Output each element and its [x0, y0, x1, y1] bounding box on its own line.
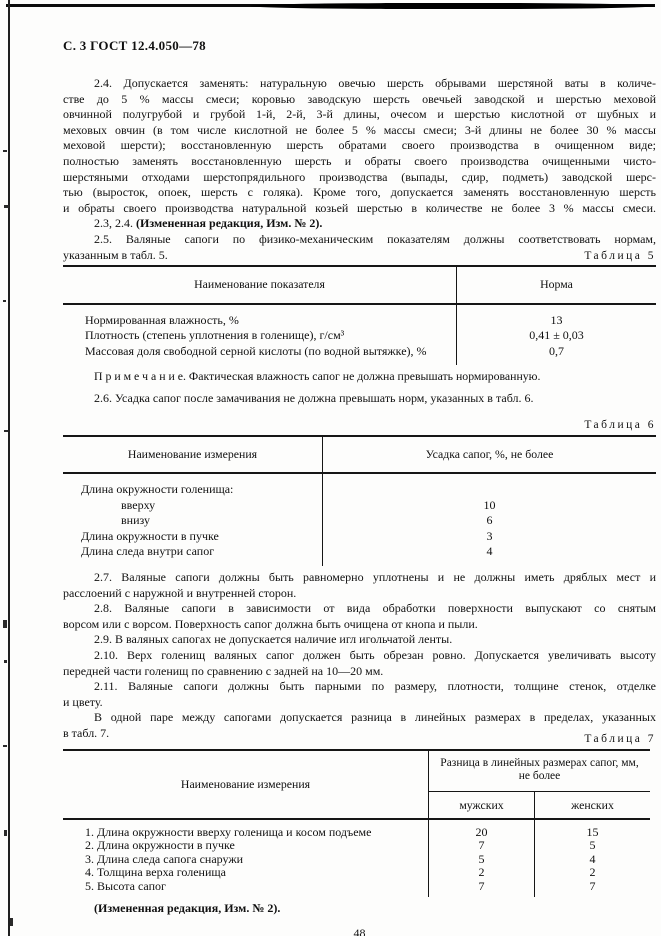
scan-speck: [3, 150, 7, 152]
text-line: овчинной полугрубой и грубой 1-й, 2-й, 3…: [63, 107, 656, 123]
measurement-name: Длина окружности в пучке: [63, 529, 323, 545]
value-women: 15: [535, 820, 650, 840]
text-line: меховой шерсти); восстановленную шерсть …: [63, 138, 656, 154]
text-line: полностью заменять восстановленную шерст…: [63, 154, 656, 170]
text-line: шерстяными отходами шерстопрядильного пр…: [63, 170, 656, 186]
table-row: Нормированная влажность, % 13: [63, 305, 656, 329]
scan-speck: [4, 205, 9, 208]
table-6-header-row: Наименование измерения Усадка сапог, %, …: [63, 437, 656, 475]
paragraph-2-7: 2.7. Валяные сапоги должны быть равномер…: [63, 570, 656, 601]
subheader-men: мужских: [429, 792, 535, 818]
text-line: передней части голенищ по сравнению с за…: [63, 664, 656, 680]
measurement-name: внизу: [63, 513, 323, 529]
table-row: 5. Высота сапог 7 7: [63, 880, 650, 898]
value-women: 5: [535, 839, 650, 853]
value-men: 20: [429, 820, 535, 840]
value-women: 2: [535, 866, 650, 880]
text-line: 2.5. Валяные сапоги по физико-механическ…: [63, 232, 656, 248]
table-6: Наименование измерения Усадка сапог, %, …: [63, 435, 656, 566]
paragraph-2-5: 2.5. Валяные сапоги по физико-механическ…: [63, 232, 656, 264]
indicator-name: Массовая доля свободной серной кислоты (…: [63, 344, 457, 366]
amendment-prefix: 2.3, 2.4.: [94, 216, 136, 230]
text-line: 2.10. Верх голенищ валяных сапог должен …: [63, 648, 656, 664]
value-women: 7: [535, 880, 650, 898]
table-6-body: Длина окружности голенища: вверху 10 вни…: [63, 474, 656, 566]
column-header-measurement: Наименование измерения: [63, 437, 323, 473]
table-7-body: 1. Длина окружности вверху голенища и ко…: [63, 820, 650, 898]
text-line: 2.4. Допускается заменять: натуральную о…: [63, 76, 656, 92]
text-line: указанным в табл. 5.: [63, 248, 168, 264]
document-page: С. 3 ГОСТ 12.4.050—78 2.4. Допускается з…: [0, 0, 661, 936]
column-header-name: Наименование показателя: [63, 267, 457, 303]
indicator-name: Плотность (степень уплотнения в голенище…: [63, 328, 457, 344]
scan-speck: [3, 620, 7, 628]
scan-speck: [3, 300, 6, 302]
table-7-header-group: Разница в линейных размерах сапог, мм, н…: [429, 751, 650, 818]
table-row: вверху 10: [63, 498, 656, 514]
table-5-note: П р и м е ч а н и е. Фактическая влажнос…: [63, 369, 656, 385]
page-number: 48: [63, 926, 656, 936]
text-line: ворсом или с ворсом. Поверхность сапог д…: [63, 617, 656, 633]
amendment-note-2-3-2-4: 2.3, 2.4. (Измененная редакция, Изм. № 2…: [63, 216, 656, 232]
table-5-caption: Таблица 5: [584, 249, 656, 265]
measurement-value: 6: [323, 513, 656, 529]
column-header-measurement: Наименование измерения: [63, 751, 429, 818]
table-row: Длина следа внутри сапог 4: [63, 544, 656, 566]
text-line: 2.11. Валяные сапоги должны быть парными…: [63, 679, 656, 695]
page-header: С. 3 ГОСТ 12.4.050—78: [63, 38, 656, 54]
indicator-value: 0,41 ± 0,03: [457, 328, 656, 344]
paragraph-2-10: 2.10. Верх голенищ валяных сапог должен …: [63, 648, 656, 679]
scan-speck: [4, 830, 7, 836]
measurement-value: 4: [323, 544, 656, 566]
table-row: Длина окружности голенища:: [63, 474, 656, 498]
amendment-note-final: (Измененная редакция, Изм. № 2).: [63, 901, 656, 917]
measurement-name: Длина следа внутри сапог: [63, 544, 323, 566]
measurement-name: Длина окружности голенища:: [63, 474, 323, 498]
amendment-bold-text: (Измененная редакция, Изм. № 2).: [136, 216, 322, 230]
text-line: и цвету.: [63, 695, 656, 711]
table-row: Плотность (степень уплотнения в голенище…: [63, 328, 656, 344]
table-7-subheaders: мужских женских: [429, 792, 650, 818]
measurement-name: вверху: [63, 498, 323, 514]
measurement-value: 3: [323, 529, 656, 545]
text-line: меховых овчин (в том числе кислотной не …: [63, 123, 656, 139]
table-5-body: Нормированная влажность, % 13 Плотность …: [63, 305, 656, 366]
table-5: Наименование показателя Норма Нормирован…: [63, 265, 656, 365]
subheader-women: женских: [535, 792, 650, 818]
indicator-value: 13: [457, 305, 656, 329]
value-men: 5: [429, 853, 535, 867]
note-label: П р и м е ч а н и е.: [94, 369, 186, 383]
group-header-difference: Разница в линейных размерах сапог, мм, н…: [429, 751, 650, 792]
measurement-name: 5. Высота сапог: [63, 880, 429, 898]
table-row: 3. Длина следа сапога снаружи 5 4: [63, 853, 650, 867]
table-6-caption: Таблица 6: [584, 419, 656, 431]
scan-speck: [4, 430, 8, 432]
column-header-shrinkage: Усадка сапог, %, не более: [323, 437, 656, 473]
value-men: 2: [429, 866, 535, 880]
table-7-header: Наименование измерения Разница в линейны…: [63, 751, 650, 820]
measurement-name: 1. Длина окружности вверху голенища и ко…: [63, 820, 429, 840]
paragraph-2-11: 2.11. Валяные сапоги должны быть парными…: [63, 679, 656, 710]
table-row: 2. Длина окружности в пучке 7 5: [63, 839, 650, 853]
measurement-value: [323, 474, 656, 498]
text-line-with-caption: указанным в табл. 5. Таблица 5: [63, 248, 656, 265]
paragraph-2-6: 2.6. Усадка сапог после замачивания не д…: [63, 391, 656, 407]
table-7-caption: Таблица 7: [584, 733, 656, 745]
table-6-caption-line: Таблица 6: [63, 415, 656, 433]
table-7: Наименование измерения Разница в линейны…: [63, 749, 650, 898]
text-line: 2.7. Валяные сапоги должны быть равномер…: [63, 570, 656, 586]
value-men: 7: [429, 880, 535, 898]
text-line: стве до 5 % массы смеси; коровью заводск…: [63, 92, 656, 108]
text-line: расслоений с наружной и внутренней сторо…: [63, 586, 656, 602]
scan-speck: [4, 660, 7, 663]
table-7-caption-line: Таблица 7: [63, 729, 656, 747]
table-row: 1. Длина окружности вверху голенища и ко…: [63, 820, 650, 840]
measurement-value: 10: [323, 498, 656, 514]
table-row: 4. Толщина верха голенища 2 2: [63, 866, 650, 880]
measurement-name: 4. Толщина верха голенища: [63, 866, 429, 880]
text-line: тью (выросток, опоек, шерсть с голяка). …: [63, 185, 656, 201]
column-header-norm: Норма: [457, 267, 656, 303]
table-row: Массовая доля свободной серной кислоты (…: [63, 344, 656, 366]
value-women: 4: [535, 853, 650, 867]
text-line: 2.8. Валяные сапоги в зависимости от вид…: [63, 601, 656, 617]
paragraph-2-8: 2.8. Валяные сапоги в зависимости от вид…: [63, 601, 656, 632]
table-row: внизу 6: [63, 513, 656, 529]
paragraph-2-4: 2.4. Допускается заменять: натуральную о…: [63, 76, 656, 216]
scan-speck: [3, 745, 7, 747]
indicator-name: Нормированная влажность, %: [63, 305, 457, 329]
scan-edge-left: [8, 0, 10, 936]
text-line: В одной паре между сапогами допускается …: [63, 710, 656, 726]
value-men: 7: [429, 839, 535, 853]
table-row: Длина окружности в пучке 3: [63, 529, 656, 545]
indicator-value: 0,7: [457, 344, 656, 366]
table-5-header-row: Наименование показателя Норма: [63, 267, 656, 305]
measurement-name: 2. Длина окружности в пучке: [63, 839, 429, 853]
note-text: Фактическая влажность сапог не должна пр…: [186, 369, 540, 383]
scan-speck: [10, 918, 13, 926]
text-line: и обраты своего производства натуральной…: [63, 201, 656, 217]
paragraph-2-9: 2.9. В валяных сапогах не допускается на…: [63, 632, 656, 648]
measurement-name: 3. Длина следа сапога снаружи: [63, 853, 429, 867]
